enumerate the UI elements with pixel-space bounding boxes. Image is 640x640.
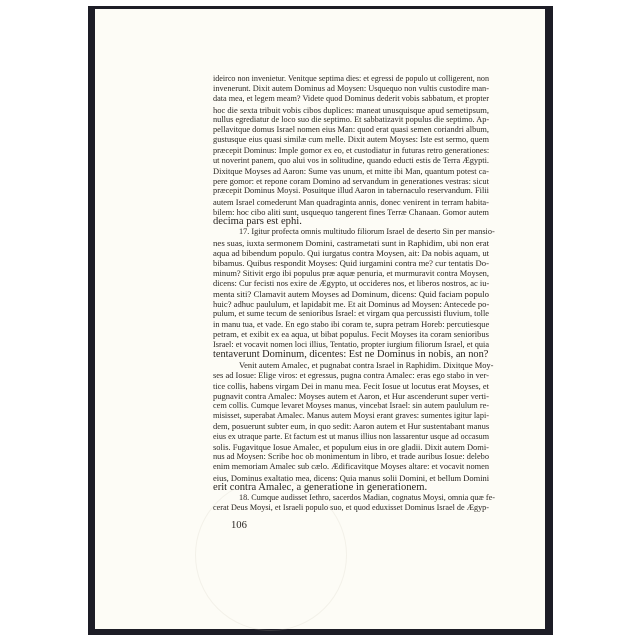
text-line: autem Israel comederunt Man quadraginta …	[213, 197, 489, 207]
text-line: hoc die sexta tribuit vobis cibos duplic…	[213, 105, 489, 115]
text-line: 17. Igitur profecta omnis multitudo fili…	[213, 227, 489, 237]
text-line: menta siti? Clamavit autem Moyses ad Dom…	[213, 289, 489, 299]
text-line: pellavitque domus Israel nomen eius Man:…	[213, 125, 489, 135]
text-line: præcepit Dominus Moysi. Posuitque illud …	[213, 186, 489, 196]
text-line: solis. Fugavitque Iosue Amalec, et popul…	[213, 442, 489, 452]
text-line: huic? adhuc paululum, et lapidabit me. E…	[213, 299, 489, 309]
text-line: tentaverunt Dominum, dicentes: Est ne Do…	[213, 350, 489, 360]
text-line: cem collis. Cumque levaret Moyses manus,…	[213, 401, 489, 411]
text-line: pere gomor: et repone coram Domino ad se…	[213, 176, 489, 186]
text-line: tice collis, habens virgam Dei in manu m…	[213, 381, 489, 391]
text-line: ideirco non invenietur. Venitque septima…	[213, 74, 489, 84]
text-line: eius ex utraque parte. Et factum est ut …	[213, 432, 489, 442]
text-line: minum? Sitivit ergo ibi populus præ aquæ…	[213, 268, 489, 278]
text-line: aqua ad bibendum populo. Qui iurgatus co…	[213, 248, 489, 258]
text-line: in manu tua, et vade. En ego stabo ibi c…	[213, 319, 489, 329]
text-line: petram, et exibit ex ea aqua, ut bibat p…	[213, 329, 489, 339]
text-line: pulum, et sume tecum de senioribus Israe…	[213, 309, 489, 319]
text-line: dicens: Cur fecisti nos exire de Ægypto,…	[213, 278, 489, 288]
text-line: ses ad Iosue: Elige viros: et egressus, …	[213, 370, 489, 380]
text-line: Venit autem Amalec, et pugnabat contra I…	[213, 360, 489, 370]
text-line: decima pars est ephi.	[213, 217, 489, 227]
text-line: Dixitque Moyses ad Aaron: Sume vas unum,…	[213, 166, 489, 176]
text-line: gustusque eius quasi similæ cum melle. D…	[213, 135, 489, 145]
text-line: data mea, et legem meam? Videte quod Dom…	[213, 94, 489, 104]
text-line: nus ad Moysen: Scribe hoc ob monimentum …	[213, 452, 489, 462]
text-line: cerat Deus Moysi, et Israeli populo suo,…	[213, 503, 489, 513]
body-text: ideirco non invenietur. Venitque septima…	[213, 74, 489, 513]
text-line: enim memoriam Amalec sub cælo. Ædificavi…	[213, 462, 489, 472]
text-line: 18. Cumque audisset Iethro, sacerdos Mad…	[213, 493, 489, 503]
text-line: misisset, superabat Amalec. Manus autem …	[213, 411, 489, 421]
text-line: bibamus. Quibus respondit Moyses: Quid i…	[213, 258, 489, 268]
page-number: 106	[231, 520, 247, 531]
text-line: pugnavit contra Amalec: Moyses autem et …	[213, 391, 489, 401]
text-line: ut noverint panem, quo alui vos in solit…	[213, 156, 489, 166]
text-line: nullus egrediatur de loco suo die septim…	[213, 115, 489, 125]
text-line: dem, posuerunt subter eum, in quo sedit:…	[213, 421, 489, 431]
text-line: nes suas, iuxta sermonem Domini, castram…	[213, 238, 489, 248]
text-line: erit contra Amalec, a generatione in gen…	[213, 483, 489, 493]
text-line: invenerunt. Dixit autem Dominus ad Moyse…	[213, 84, 489, 94]
text-line: præcepit Dominus: Imple gomor ex eo, et …	[213, 146, 489, 156]
